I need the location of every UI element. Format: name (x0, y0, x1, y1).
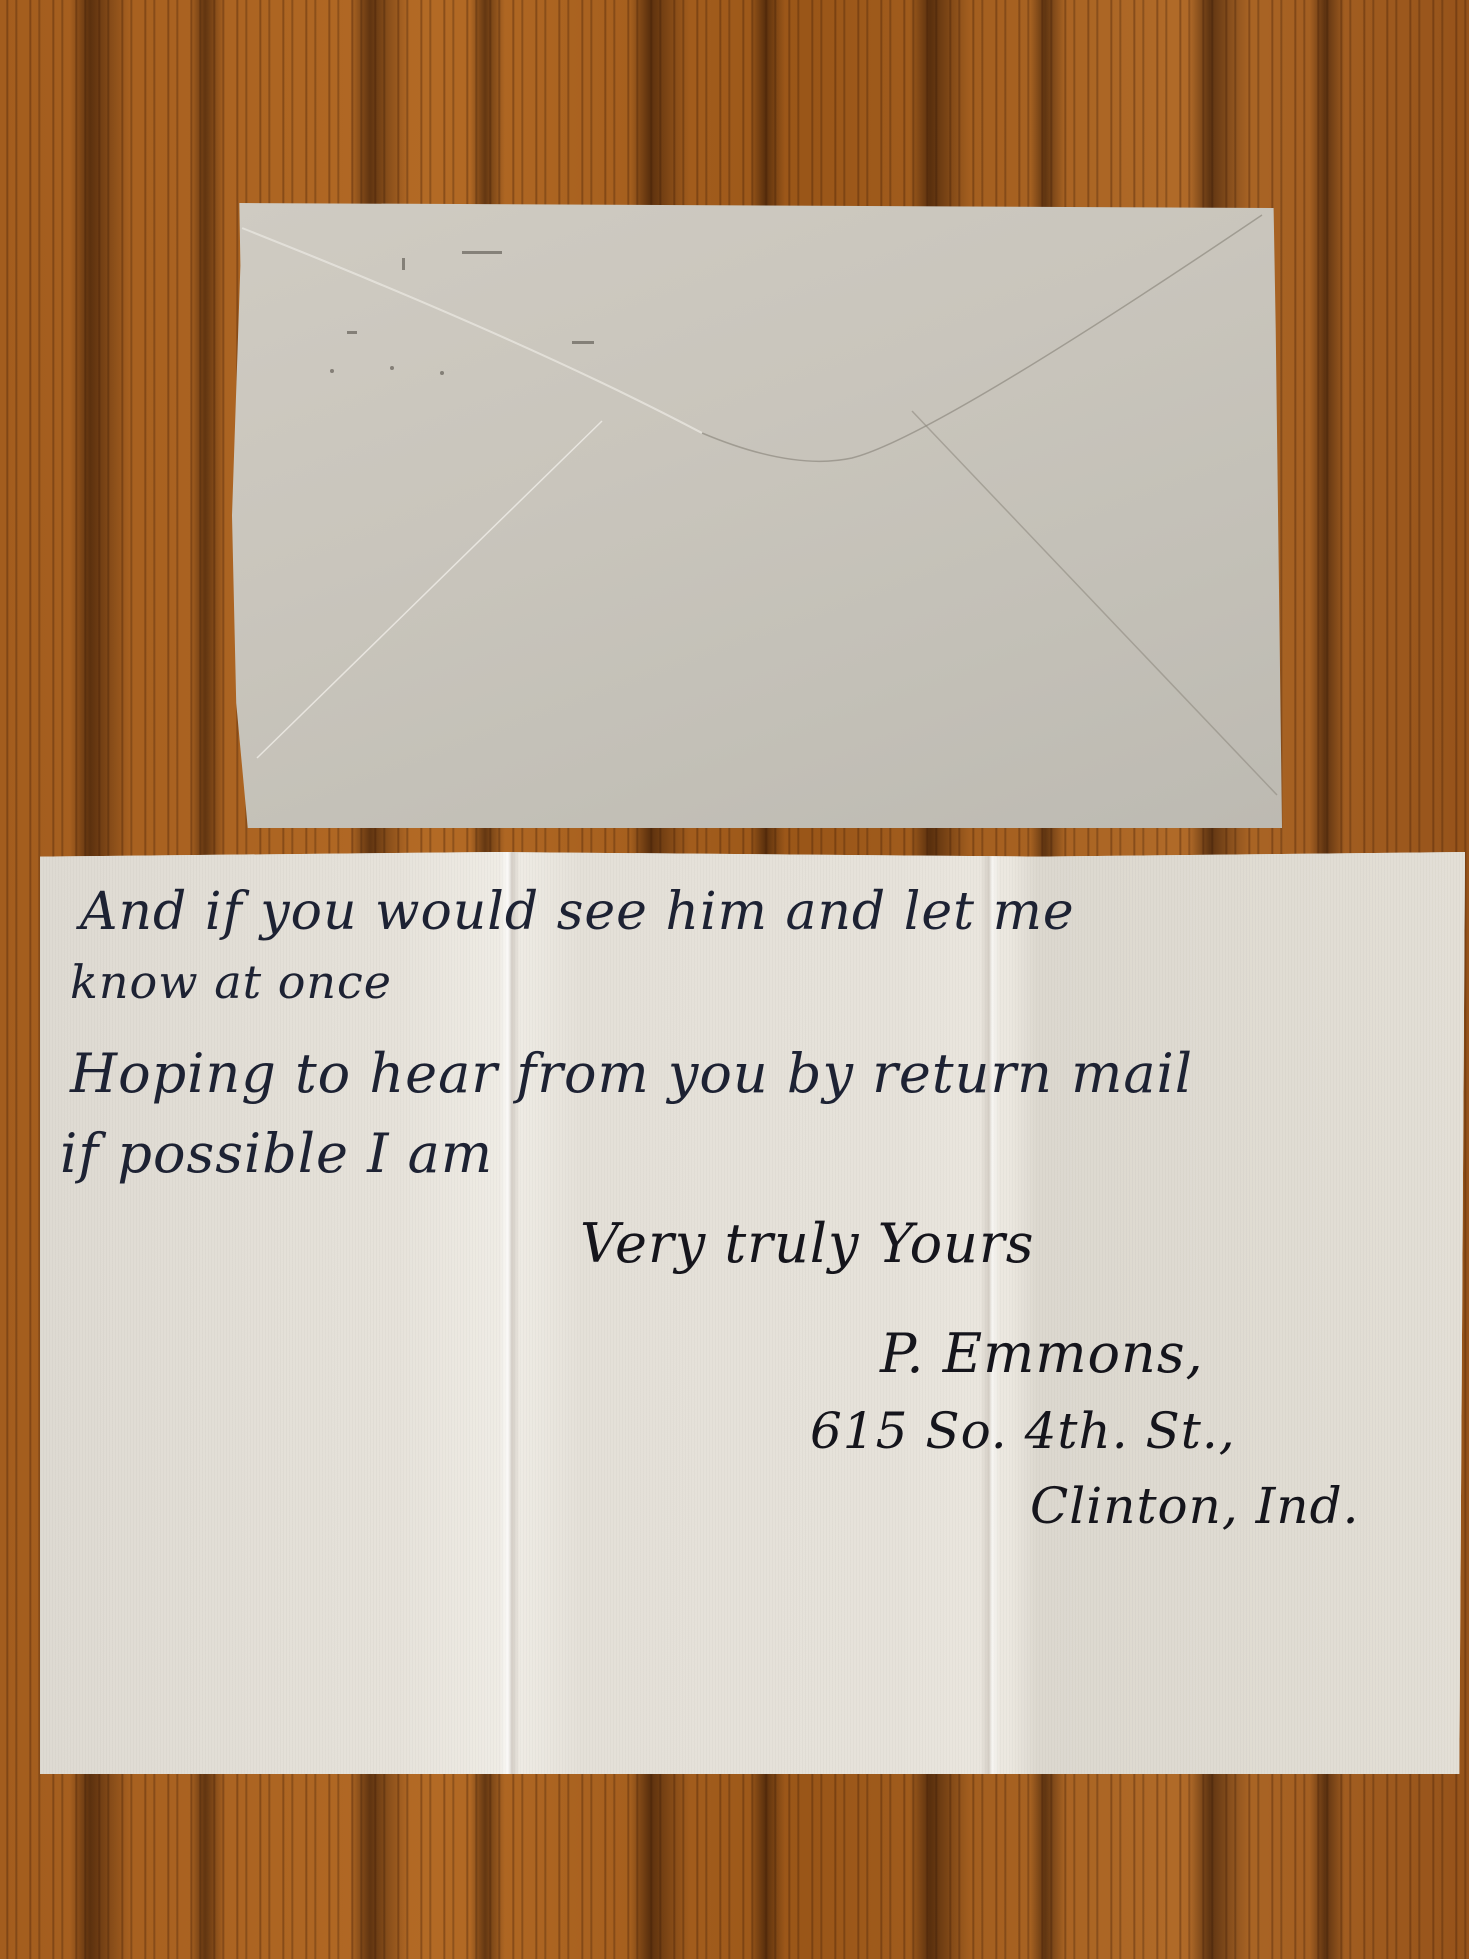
letter-closing: Very truly Yours (580, 1212, 1035, 1275)
handwritten-letter: And if you would see him and let me know… (40, 852, 1465, 1774)
letter-line: if possible I am (60, 1122, 493, 1185)
paper-fold-crease (980, 852, 1000, 1774)
address-line: 615 So. 4th. St., (810, 1402, 1236, 1460)
envelope-flap-creases (232, 203, 1282, 828)
letter-signature: P. Emmons, (880, 1322, 1204, 1385)
postmark-smudges (330, 251, 594, 375)
letter-line: And if you would see him and let me (80, 882, 1075, 942)
address-line: Clinton, Ind. (1030, 1477, 1359, 1535)
letter-line: Hoping to hear from you by return mail (70, 1042, 1193, 1105)
paper-fold-crease (500, 852, 520, 1774)
letter-line: know at once (70, 955, 392, 1009)
envelope-back (232, 203, 1282, 828)
